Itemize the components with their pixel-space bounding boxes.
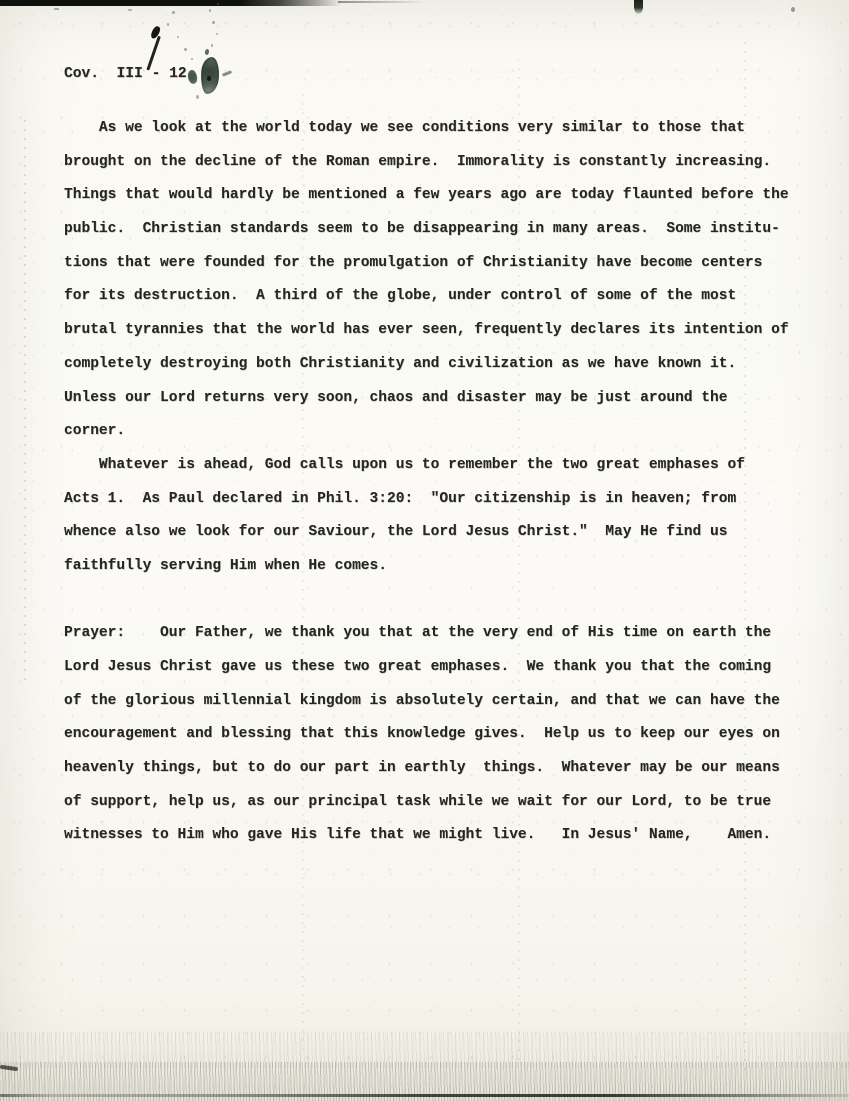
ink-dot — [211, 44, 213, 47]
text-line: As we look at the world today we see con… — [64, 112, 789, 146]
text-line: brought on the decline of the Roman empi… — [64, 146, 789, 180]
text-line: completely destroying both Christianity … — [64, 348, 789, 382]
ink-blot-droplet — [204, 49, 209, 56]
text-line: tions that were founded for the promulga… — [64, 247, 789, 281]
text-line: encouragement and blessing that this kno… — [64, 718, 789, 752]
paragraph-intro: As we look at the world today we see con… — [64, 112, 789, 449]
scan-mark-bottom-left — [0, 1065, 18, 1071]
ink-dot — [177, 36, 179, 38]
pen-stroke-head — [150, 25, 162, 40]
scan-noise-bottom-band-dense — [0, 1062, 849, 1101]
ink-dot — [216, 33, 218, 35]
scan-tick-mark — [128, 9, 132, 11]
scan-edge-top-line-fade — [338, 1, 428, 3]
text-line: witnesses to Him who gave His life that … — [64, 819, 789, 853]
ink-blot-large — [200, 56, 221, 94]
scan-tick-mark — [54, 8, 59, 10]
text-line: Lord Jesus Christ gave us these two grea… — [64, 651, 789, 685]
scan-edge-bottom-line — [0, 1094, 849, 1097]
scan-speck-mark — [634, 0, 643, 14]
text-line: faithfully serving Him when He comes. — [64, 550, 789, 584]
ink-dot — [191, 58, 193, 60]
text-line: brutal tyrannies that the world has ever… — [64, 314, 789, 348]
ink-dot — [209, 9, 211, 12]
text-line: public. Christian standards seem to be d… — [64, 213, 789, 247]
ink-dot — [167, 23, 169, 26]
paragraph-prayer: Prayer: Our Father, we thank you that at… — [64, 617, 789, 853]
ink-dot — [217, 3, 219, 5]
paragraph-exhortation: Whatever is ahead, God calls upon us to … — [64, 449, 789, 584]
scan-vertical-streak — [24, 120, 26, 680]
ink-blot-dash — [222, 70, 232, 77]
ink-blot-core — [207, 76, 211, 81]
ink-blot-tail — [196, 95, 199, 99]
text-line: Things that would hardly be mentioned a … — [64, 179, 789, 213]
scanned-document-page: Cov. III - 12 As we look at the world to… — [0, 0, 849, 1101]
scan-noise-bottom-band-light — [0, 1032, 849, 1068]
text-line: whence also we look for our Saviour, the… — [64, 516, 789, 550]
scan-speck-mark-small — [791, 7, 795, 12]
text-line: corner. — [64, 415, 789, 449]
text-line: Acts 1. As Paul declared in Phil. 3:20: … — [64, 483, 789, 517]
text-line: for its destruction. A third of the glob… — [64, 280, 789, 314]
ink-blot-small — [186, 69, 199, 85]
ink-dot — [184, 48, 187, 51]
text-line: of support, help us, as our principal ta… — [64, 786, 789, 820]
text-line: Unless our Lord returns very soon, chaos… — [64, 382, 789, 416]
text-line: of the glorious millennial kingdom is ab… — [64, 685, 789, 719]
text-line: Prayer: Our Father, we thank you that at… — [64, 617, 789, 651]
scan-edge-top-line — [0, 0, 342, 6]
document-body: As we look at the world today we see con… — [64, 112, 789, 853]
ink-dot — [212, 21, 215, 24]
ink-dot — [172, 11, 175, 14]
text-line: heavenly things, but to do our part in e… — [64, 752, 789, 786]
text-line: Whatever is ahead, God calls upon us to … — [64, 449, 789, 483]
page-label: Cov. III - 12 — [64, 66, 187, 82]
